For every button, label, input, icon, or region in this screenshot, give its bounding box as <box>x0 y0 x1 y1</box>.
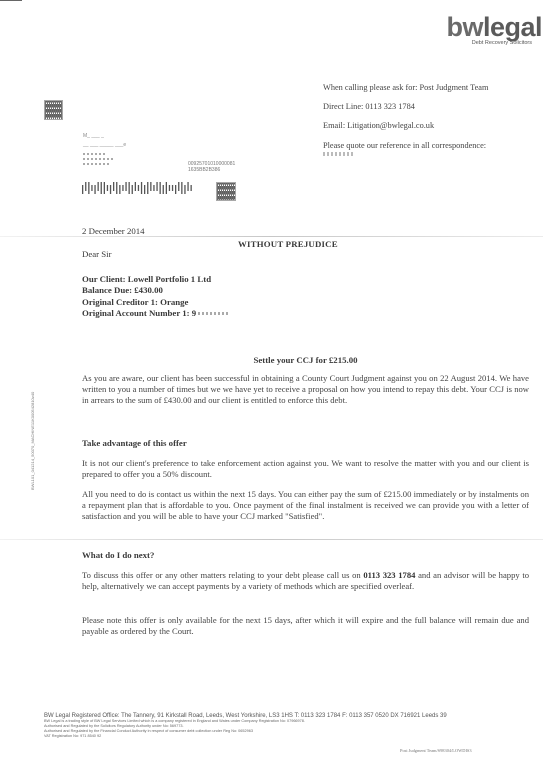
reference-block: Please quote our reference in all corres… <box>323 141 538 160</box>
reference-label: Please quote our reference in all corres… <box>323 141 486 150</box>
contact-block: When calling please ask for: Post Judgme… <box>323 83 538 160</box>
logo-bw: bw <box>446 12 483 42</box>
offer-heading: Settle your CCJ for £215.00 <box>82 355 529 365</box>
ask-for-text: When calling please ask for: Post Judgme… <box>323 83 538 102</box>
fold-line <box>0 236 543 237</box>
redacted-account-number <box>198 312 228 315</box>
contact-phone-number: 0113 323 1784 <box>363 570 415 580</box>
section-heading-next-steps: What do I do next? <box>82 550 154 560</box>
logo-legal: legal <box>483 12 542 42</box>
without-prejudice-marking: WITHOUT PREJUDICE <box>238 239 338 249</box>
paragraph-contact: To discuss this offer or any other matte… <box>82 570 529 592</box>
email-text: Email: Litigation@bwlegal.co.uk <box>323 121 538 140</box>
paragraph-ccj-status: As you are aware, our client has been su… <box>82 373 529 407</box>
qr-code-icon <box>44 100 63 120</box>
footer: BW Legal Registered Office: The Tannery,… <box>44 713 447 739</box>
redacted-reference <box>323 152 353 156</box>
section-heading-offer: Take advantage of this offer <box>82 438 187 448</box>
fold-line <box>0 539 543 540</box>
account-number-label: Original Account Number 1: 9 <box>82 308 196 318</box>
scan-edge-mark <box>0 0 22 1</box>
letter-date: 2 December 2014 <box>82 226 145 236</box>
redacted-address-line <box>83 158 113 160</box>
contact-text-pre: To discuss this offer or any other matte… <box>82 570 363 580</box>
balance-line: Balance Due: £430.00 <box>82 285 228 296</box>
bwlegal-logo: bwlegal Debt Recovery Solicitors <box>432 14 542 46</box>
client-line: Our Client: Lowell Portfolio 1 Ltd <box>82 274 228 285</box>
address-line-2: __ ___ _____ ___e <box>83 141 126 150</box>
paragraph-offer-expiry: Please note this offer is only available… <box>82 615 529 637</box>
postal-barcode-icon <box>82 182 194 194</box>
salutation: Dear Sir <box>82 249 112 259</box>
mail-codes: 00925701010000081 1635BB2B386 <box>188 162 235 173</box>
creditor-line: Original Creditor 1: Orange <box>82 297 228 308</box>
mail-code-2: 1635BB2B386 <box>188 168 235 174</box>
qr-code-icon <box>216 182 236 201</box>
side-print-code: BWL101_041214_50070_MACHINE11K000542810v… <box>30 392 35 490</box>
address-line-1: M_ ___ _ <box>83 132 126 141</box>
recipient-address: M_ ___ _ __ ___ _____ ___e <box>83 132 126 168</box>
account-line: Original Account Number 1: 9 <box>82 308 228 319</box>
paragraph-payment-terms: All you need to do is contact us within … <box>82 489 529 523</box>
footer-vat-line: VAT Registration No: 971 8540 92 <box>44 734 447 739</box>
redacted-address-line <box>83 153 105 155</box>
redacted-address-line <box>83 163 109 165</box>
paragraph-discount: It is not our client's preference to tak… <box>82 458 529 480</box>
template-reference: Post Judgment Team/S98304/LOWDIS3 <box>400 748 472 753</box>
account-facts: Our Client: Lowell Portfolio 1 Ltd Balan… <box>82 274 228 319</box>
direct-line-text: Direct Line: 0113 323 1784 <box>323 102 538 121</box>
